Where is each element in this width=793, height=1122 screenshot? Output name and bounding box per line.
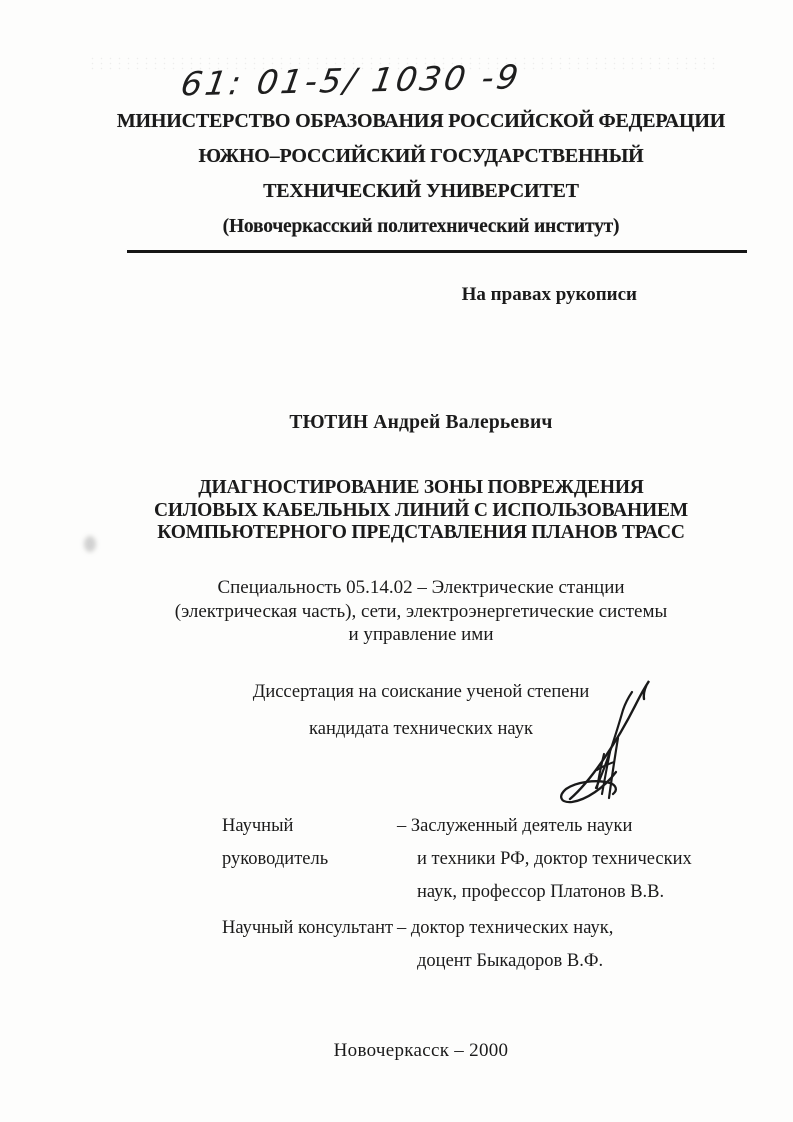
scan-smudge-artifact xyxy=(84,536,96,552)
supervisor-row: Научный руководитель – Заслуженный деяте… xyxy=(222,810,742,909)
university-name-line2: ТЕХНИЧЕСКИЙ УНИВЕРСИТЕТ xyxy=(110,174,732,209)
header-block: МИНИСТЕРСТВО ОБРАЗОВАНИЯ РОССИЙСКОЙ ФЕДЕ… xyxy=(110,104,732,244)
supervisor-details: – доктор технических наук, доцент Быкадо… xyxy=(397,912,742,978)
supervisor-row: Научный консультант – доктор технических… xyxy=(222,912,742,978)
specialty-line: (электрическая часть), сети, электроэнер… xyxy=(110,600,732,624)
specialty-block: Специальность 05.14.02 – Электрические с… xyxy=(110,576,732,647)
dissertation-title-line: ДИАГНОСТИРОВАНИЕ ЗОНЫ ПОВРЕЖДЕНИЯ xyxy=(110,477,732,500)
supervisor-detail-line: и техники РФ, доктор технических xyxy=(417,843,742,876)
specialty-line: Специальность 05.14.02 – Электрические с… xyxy=(110,576,732,600)
dissertation-title-page: 61: 01-5/ 1030 -9 МИНИСТЕРСТВО ОБРАЗОВАН… xyxy=(0,0,793,1122)
university-name-line1: ЮЖНО–РОССИЙСКИЙ ГОСУДАРСТВЕННЫЙ xyxy=(110,139,732,174)
supervisor-details: – Заслуженный деятель науки и техники РФ… xyxy=(397,810,742,909)
supervisor-detail-line: наук, профессор Платонов В.В. xyxy=(417,876,742,909)
ministry-line: МИНИСТЕРСТВО ОБРАЗОВАНИЯ РОССИЙСКОЙ ФЕДЕ… xyxy=(110,104,732,139)
supervisors-block: Научный руководитель – Заслуженный деяте… xyxy=(222,810,742,978)
dissertation-title: ДИАГНОСТИРОВАНИЕ ЗОНЫ ПОВРЕЖДЕНИЯ СИЛОВЫ… xyxy=(110,477,732,545)
manuscript-rights-note: На правах рукописи xyxy=(110,284,732,306)
dissertation-title-line: СИЛОВЫХ КАБЕЛЬНЫХ ЛИНИЙ С ИСПОЛЬЗОВАНИЕМ xyxy=(110,500,732,523)
header-divider xyxy=(127,250,747,253)
supervisor-detail-line: доцент Быкадоров В.Ф. xyxy=(417,945,742,978)
city-year: Новочеркасск – 2000 xyxy=(110,1040,732,1062)
institute-line: (Новочеркасский политехнический институт… xyxy=(110,209,732,244)
supervisor-detail-line: – доктор технических наук, xyxy=(397,912,742,945)
handwritten-signature-icon xyxy=(552,676,677,811)
handwritten-catalog-number: 61: 01-5/ 1030 -9 xyxy=(178,56,606,104)
supervisor-detail-line: – Заслуженный деятель науки xyxy=(397,810,742,843)
specialty-line: и управление ими xyxy=(110,623,732,647)
supervisor-label: Научный руководитель xyxy=(222,810,397,909)
author-name: ТЮТИН Андрей Валерьевич xyxy=(110,412,732,434)
supervisor-label: Научный консультант xyxy=(222,912,397,978)
dissertation-title-line: КОМПЬЮТЕРНОГО ПРЕДСТАВЛЕНИЯ ПЛАНОВ ТРАСС xyxy=(110,522,732,545)
